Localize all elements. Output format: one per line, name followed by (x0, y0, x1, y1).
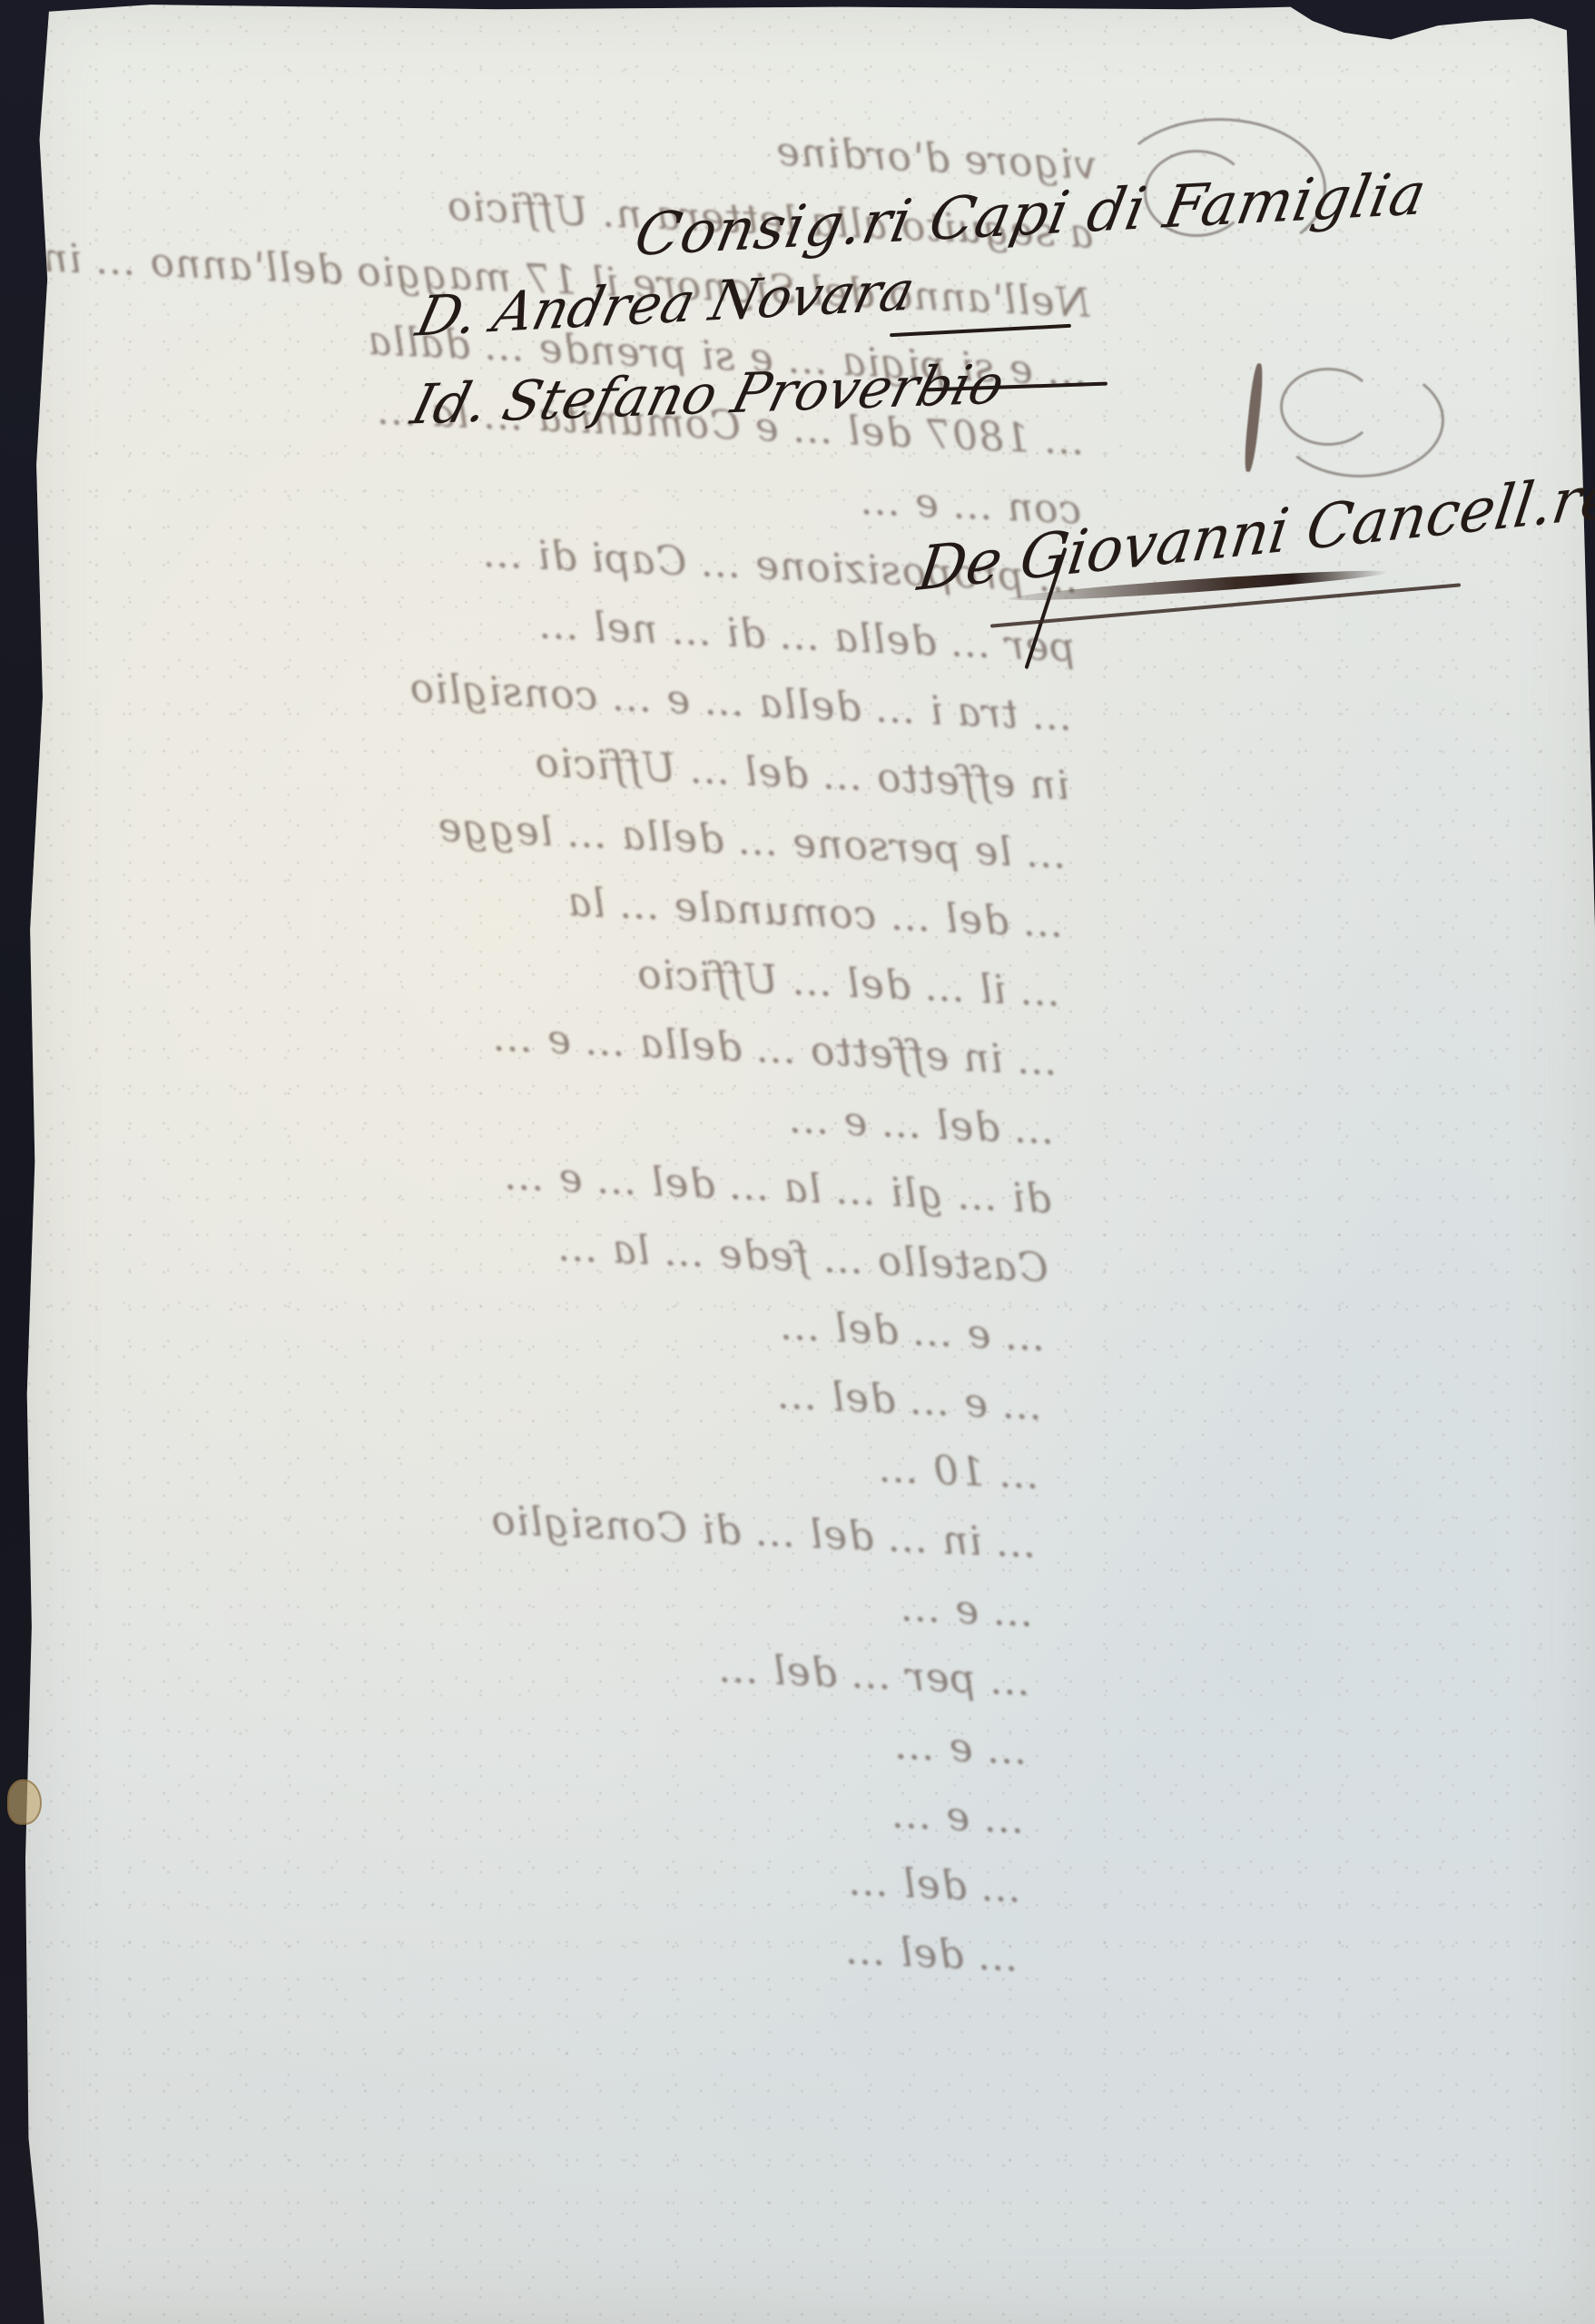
name-prefix: Id. (405, 370, 495, 437)
flourish-curl (1280, 368, 1376, 446)
